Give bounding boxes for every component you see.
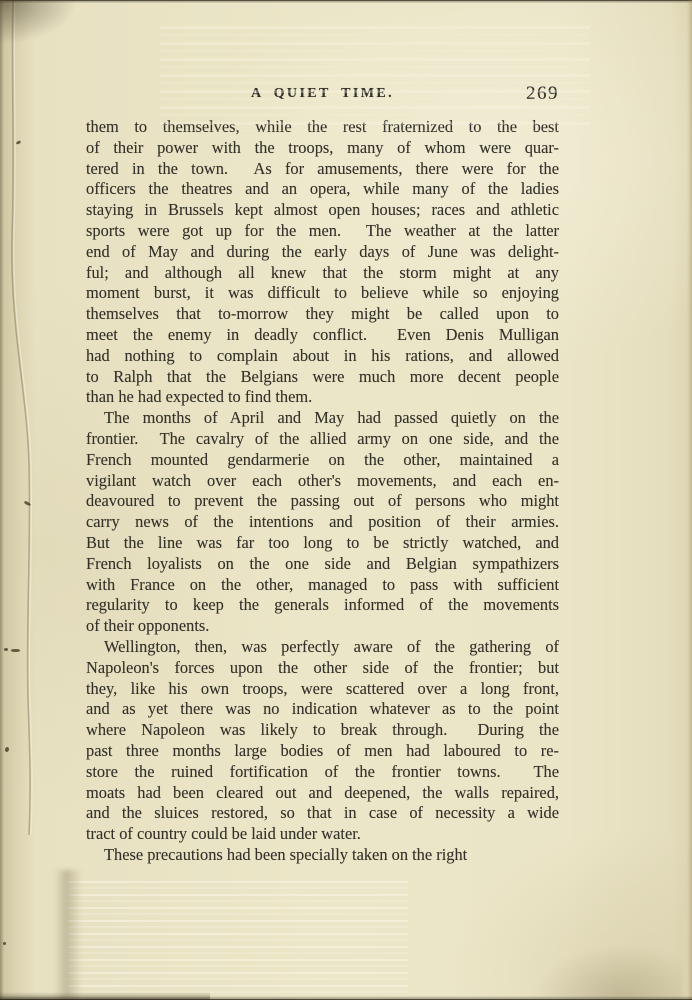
text-line: past three months large bodies of men ha… [86,741,559,762]
text-line: frontier. The cavalry of the allied army… [86,429,559,450]
text-line: French loyalists on the one side and Bel… [86,554,559,575]
text-line: deavoured to prevent the passing out of … [86,491,559,512]
text-line: where Napoleon was likely to break throu… [86,720,559,741]
ink-speck [3,942,6,945]
text-line: sports were got up for the men. The weat… [86,221,559,242]
text-line: had nothing to complain about in his rat… [86,346,559,367]
page-text: them to themselves, while the rest frate… [86,117,559,866]
text-line: Napoleon's forces upon the other side of… [86,658,559,679]
text-line: moats had been cleared out and deepened,… [86,783,559,804]
text-line: of their opponents. [86,616,559,637]
page-crease-line [0,0,50,1000]
text-line: of their power with the troops, many of … [86,138,559,159]
ink-speck [4,648,8,651]
text-line: But the line was far too long to be stri… [86,533,559,554]
shadow-wedge-bottom-left [0,992,210,1000]
text-line: regularity to keep the generals informed… [86,595,559,616]
text-line: meet the enemy in deadly conflict. Even … [86,325,559,346]
ink-speck [4,747,9,753]
chapter-running-title: A QUIET TIME. [86,85,559,103]
text-line: Wellington, then, was perfectly aware of… [86,637,559,658]
scan-streaks-top [160,26,590,131]
text-line: French mounted gendarmerie on the other,… [86,450,559,471]
shadow-band-bottom-left [54,870,82,1000]
text-line: themselves that to-morrow they might be … [86,304,559,325]
text-line: they, like his own troops, were scattere… [86,679,559,700]
text-line: moment burst, it was difficult to believ… [86,283,559,304]
text-line: to Ralph that the Belgians were much mor… [86,367,559,388]
page-edge-bottom [0,996,692,1000]
page-edge-left [0,0,7,1000]
text-line: store the ruined fortification of the fr… [86,762,559,783]
text-line: staying in Brussels kept almost open hou… [86,200,559,221]
text-line: These precautions had been specially tak… [86,845,559,866]
text-line: tered in the town. As for amusements, th… [86,159,559,180]
text-line: carry news of the intentions and positio… [86,512,559,533]
smudge-bottom-right [532,945,682,1000]
page-crease-shading [6,0,36,1000]
page-edge-top [0,0,692,3]
ink-speck [16,140,22,145]
scan-streaks-bottom [68,881,408,996]
running-header: A QUIET TIME. 269 [86,82,559,103]
paragraph: them to themselves, while the rest frate… [86,117,559,408]
text-line: with France on the other, managed to pas… [86,575,559,596]
text-line: vigilant watch over each other's movemen… [86,471,559,492]
text-line: and as yet there was no indication whate… [86,699,559,720]
paragraph: These precautions had been specially tak… [86,845,559,866]
text-line: than he had expected to find them. [86,387,559,408]
text-line: them to themselves, while the rest frate… [86,117,559,138]
text-line: end of May and during the early days of … [86,242,559,263]
page-number: 269 [526,84,559,104]
ink-speck [11,649,20,652]
ink-speck [24,501,32,507]
text-line: officers the theatres and an opera, whil… [86,179,559,200]
page-edge-right [687,0,692,1000]
text-line: and the sluices restored, so that in cas… [86,803,559,824]
paragraph: The months of April and May had passed q… [86,408,559,637]
book-page-scan: A QUIET TIME. 269 them to themselves, wh… [0,0,692,1000]
text-line: tract of country could be laid under wat… [86,824,559,845]
corner-shadow-top-left [0,0,80,46]
text-line: The months of April and May had passed q… [86,408,559,429]
paragraph: Wellington, then, was perfectly aware of… [86,637,559,845]
text-line: ful; and although all knew that the stor… [86,263,559,284]
